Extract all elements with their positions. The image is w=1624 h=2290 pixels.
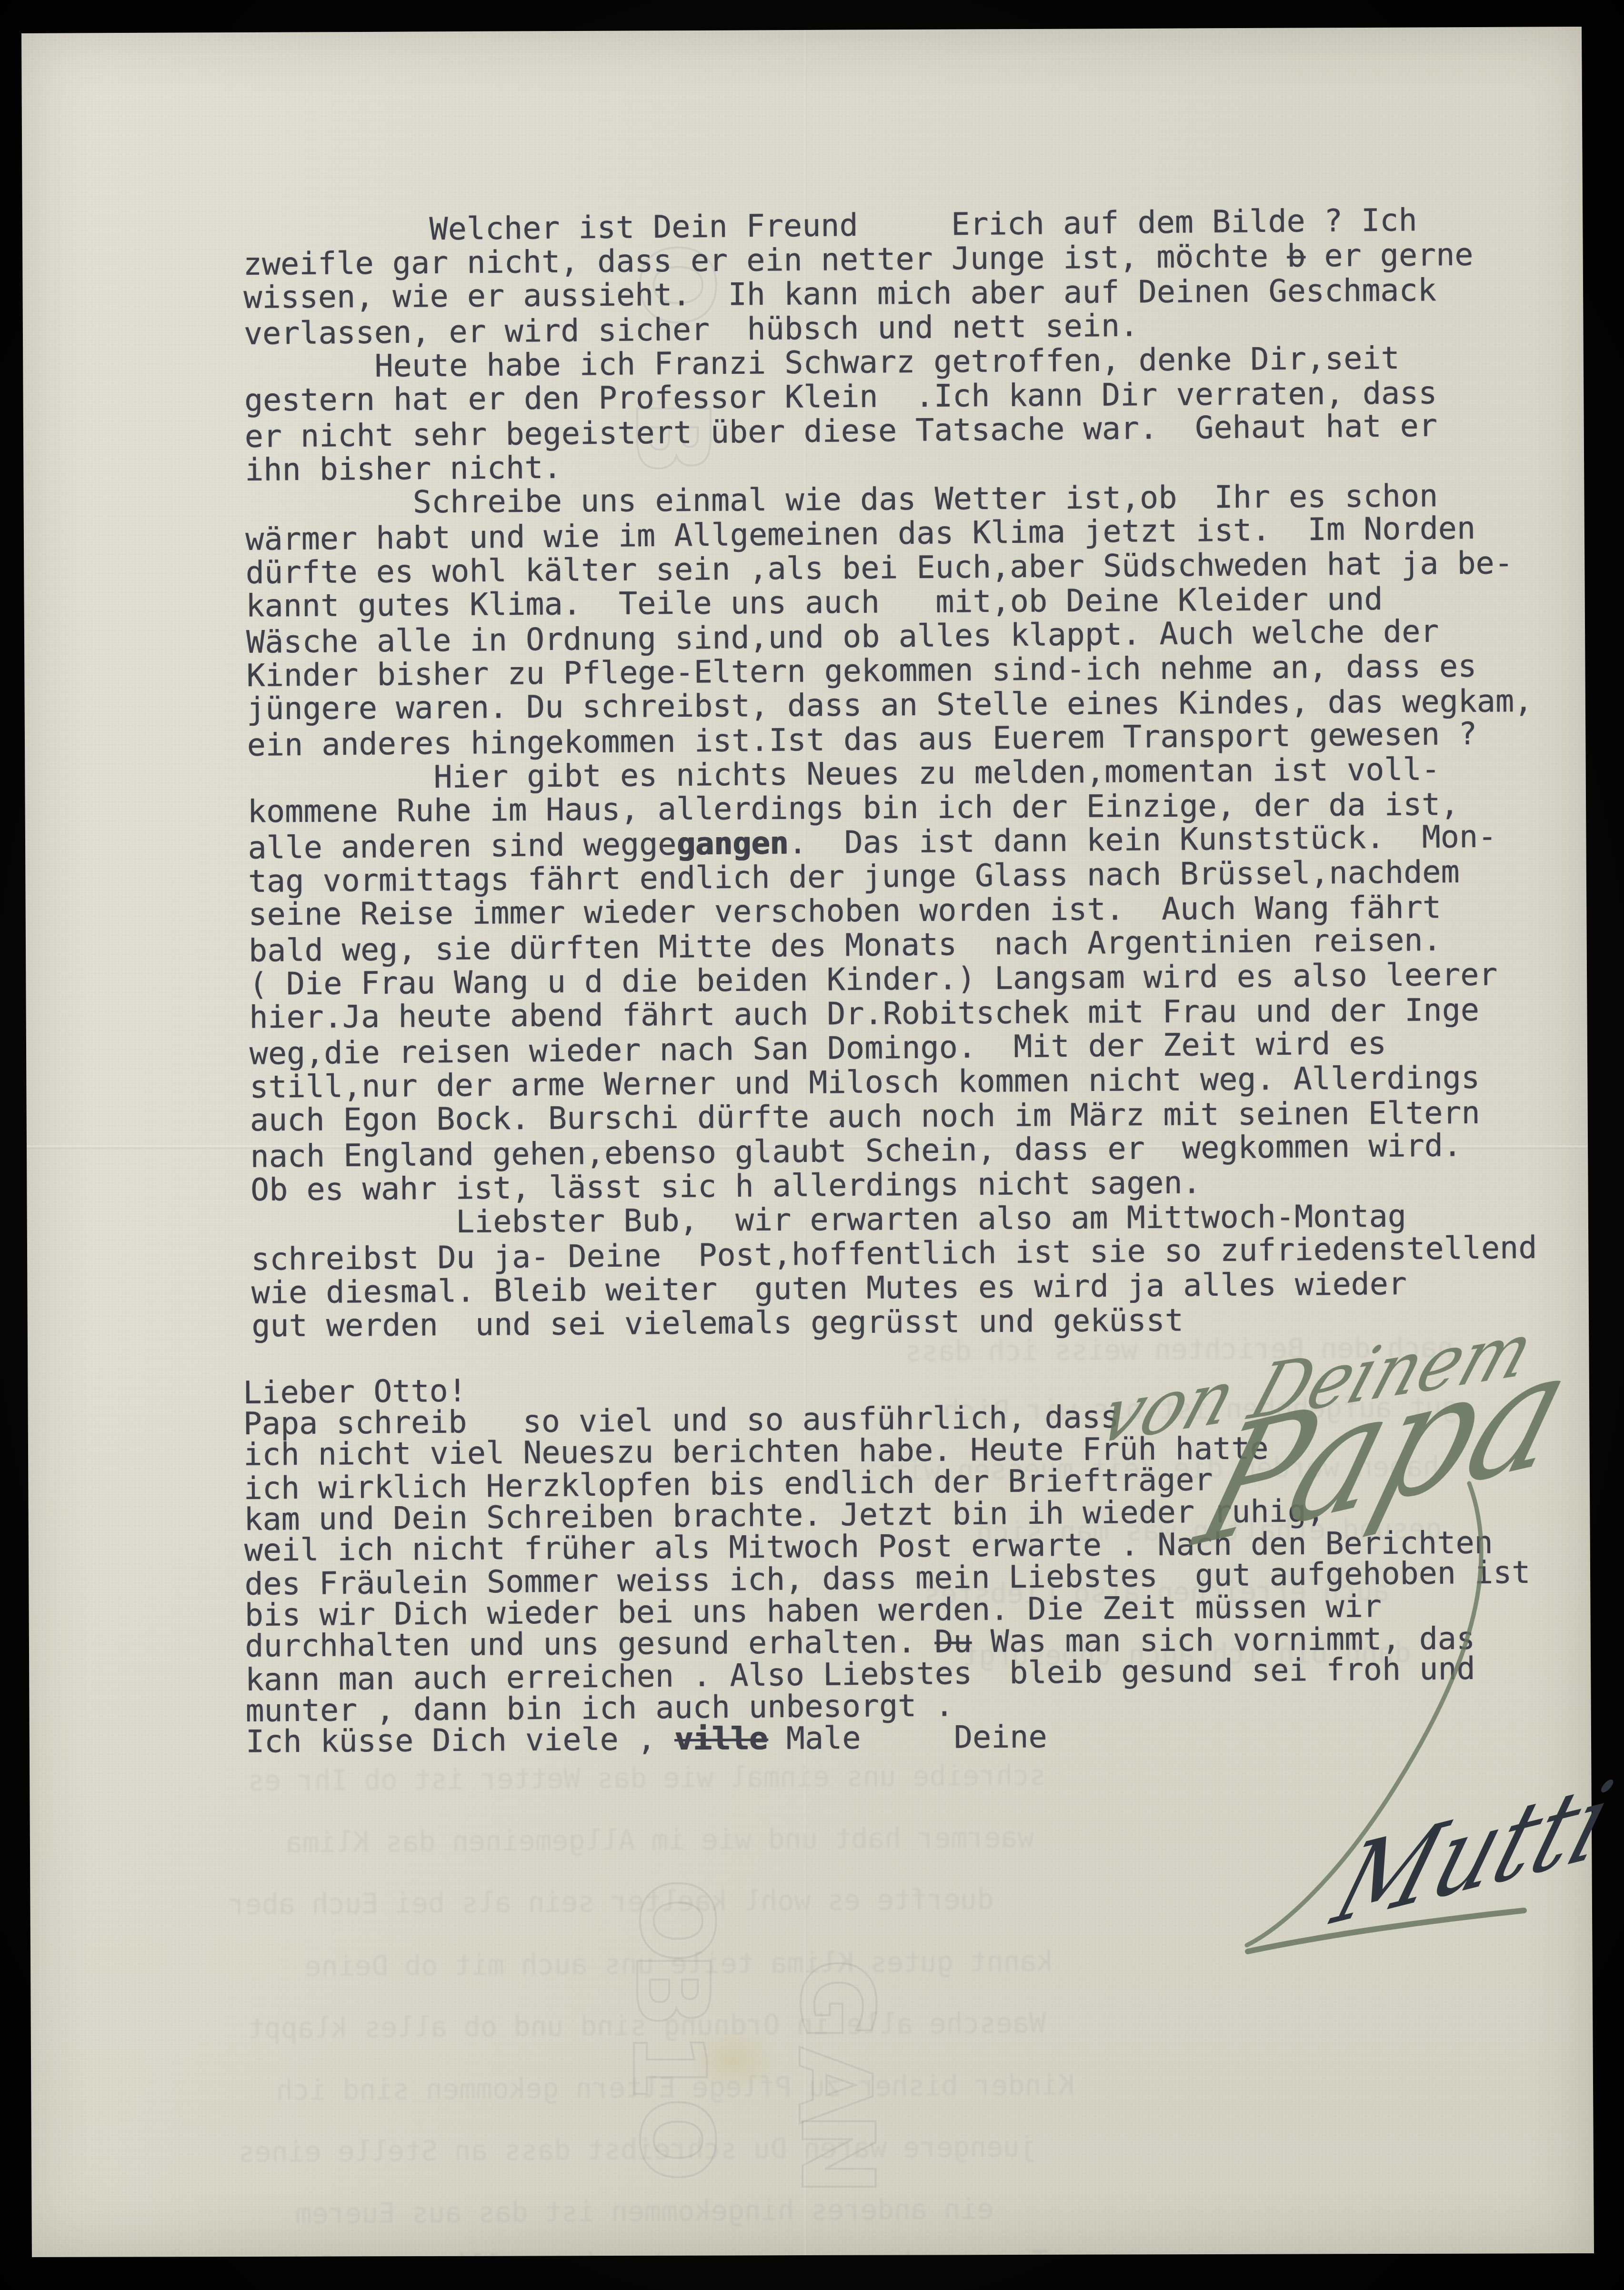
paper-watermark-letter: O (618, 2097, 734, 2182)
paper-watermark-letter: G (778, 1958, 895, 2040)
paper-watermark-letter: B (613, 1951, 730, 2028)
bleedthrough-line: ein anderes hingekommen ist das aus Euer… (295, 2193, 994, 2230)
typed-line: Ich küsse Dich viele , ville Male Deine (246, 1718, 1532, 1758)
bleedthrough-line: Kinder bisher zu Pflege Eltern gekommen … (276, 2069, 1075, 2107)
bleedthrough-line: kannt gutes Klima teile uns auch mit ob … (305, 1945, 1053, 1983)
paper-stain (688, 2027, 779, 2093)
overtyped-correction: gangen (676, 825, 788, 862)
scanner-background: OBOB1OGAN nach den Berichten weiss ich d… (0, 0, 1624, 2290)
paper-watermark-letter: N (779, 2112, 895, 2196)
overtyped-correction: Du (934, 1624, 972, 1660)
letter-body-2: Lieber Otto!Papa schreib so viel und so … (243, 1366, 1532, 1759)
bleedthrough-line: waermer habt und wie im Allgemeinen das … (286, 1821, 1034, 1859)
paper-watermark-letter: A (776, 2046, 892, 2124)
bleedthrough-line: schreibe uns einmal wie das Wetter ist o… (248, 1759, 1046, 1797)
overtyped-correction: ville (674, 1721, 768, 1757)
letter-body-1: Welcher ist Dein Freund Erich auf dem Bi… (243, 203, 1538, 1345)
bleedthrough-line: Transport gewesen momentan ist vollkomme… (267, 2245, 1049, 2282)
paper-watermark-letter: 1 (610, 2031, 727, 2100)
overtyped-correction: b (1287, 238, 1306, 274)
paper-watermark-letter: O (618, 1878, 734, 1963)
bleedthrough-line: Waesche alle in Ordnung sind und ob alle… (248, 2007, 1046, 2045)
bleedthrough-line: juengere waren Du schreibst dass an Stel… (238, 2130, 1037, 2169)
typed-line: gut werden und sei vielemals gegrüsst un… (251, 1301, 1538, 1343)
bleedthrough-line: duerfte es wohl kaelter sein als bei Euc… (229, 1883, 994, 1920)
letter-page: OBOB1OGAN nach den Berichten weiss ich d… (21, 27, 1594, 2257)
